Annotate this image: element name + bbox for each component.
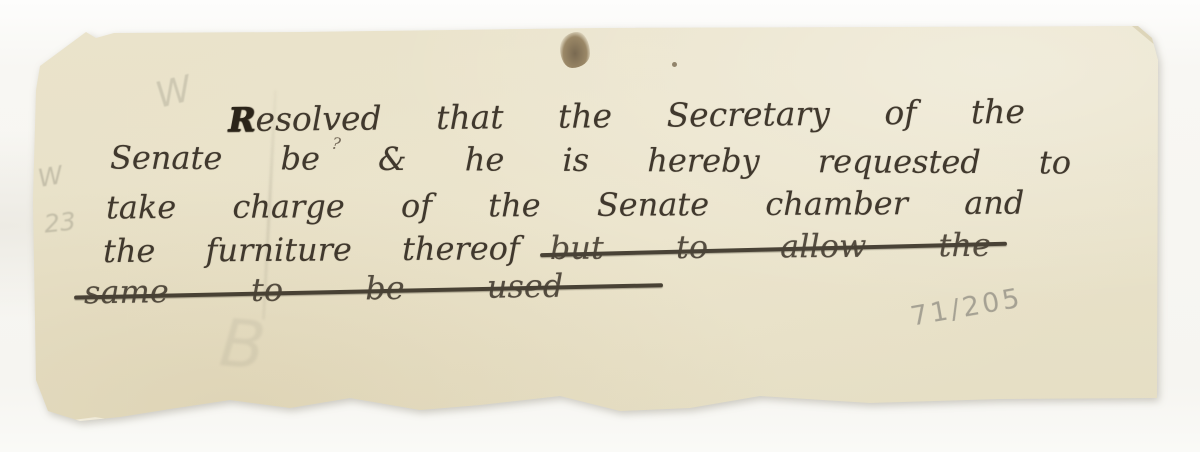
paper-shadow: W W 23 B Resolved that the Secretary of … — [0, 0, 1200, 452]
manuscript-line: take charge of the Senate chamber and — [106, 184, 1025, 227]
struck-through-text: same to be used — [84, 267, 564, 312]
ink-blot — [560, 32, 590, 68]
scan-background: W W 23 B Resolved that the Secretary of … — [0, 0, 1200, 452]
handwritten-text: the furniture thereof — [103, 229, 520, 270]
handwritten-text: Senate be & he is hereby requested to — [110, 138, 1071, 181]
catalog-number: 71/205 — [908, 282, 1025, 332]
paper-stain — [40, 402, 730, 438]
manuscript-line: same to be used — [84, 267, 564, 312]
handwritten-text: take charge of the Senate chamber and — [106, 184, 1025, 227]
ink-speck — [672, 62, 677, 67]
manuscript-line: the furniture thereofbut to allow the — [103, 226, 991, 270]
handwritten-text: Resolved that the Secretary of the — [228, 92, 1025, 139]
pencil-mark: 23 — [43, 206, 78, 238]
pencil-mark: W — [152, 68, 196, 116]
pencil-smudge: B — [217, 304, 269, 385]
manuscript-line: Resolved that the Secretary of the — [228, 92, 1025, 139]
manuscript-line: Senate be & he is hereby requested to — [110, 138, 1071, 181]
manuscript-fragment: W W 23 B Resolved that the Secretary of … — [30, 24, 1162, 440]
folded-corner — [1132, 26, 1156, 46]
pencil-mark: W — [36, 160, 65, 193]
struck-through-text: but to allow the — [550, 226, 991, 267]
